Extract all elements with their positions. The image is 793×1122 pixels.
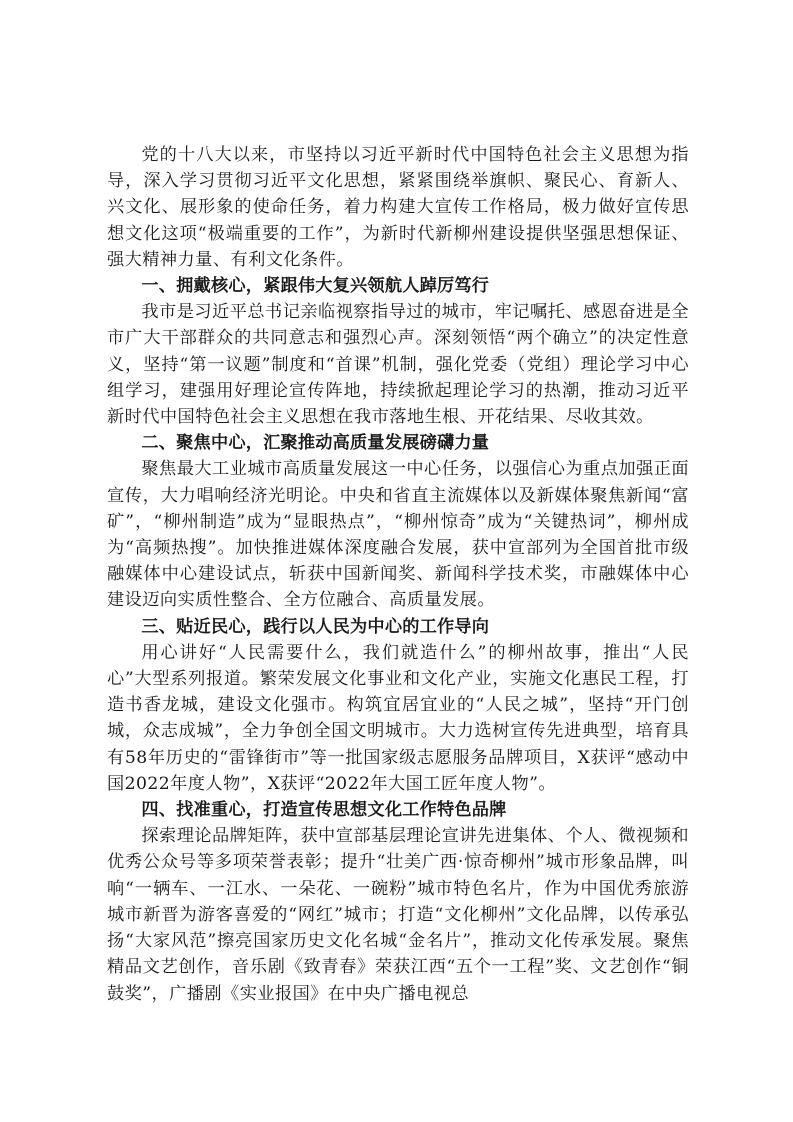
section-heading-3: 三、贴近民心，践行以人民为中心的工作导向 [107,614,689,640]
intro-paragraph: 党的十八大以来，市坚持以习近平新时代中国特色社会主义思想为指导，深入学习贯彻习近… [107,142,689,273]
section-heading-1: 一、拥戴核心，紧跟伟大复兴领航人踔厉笃行 [107,273,689,299]
section-heading-2: 二、聚焦中心，汇聚推动高质量发展磅礴力量 [107,430,689,456]
section-body-3: 用心讲好“人民需要什么，我们就造什么”的柳州故事，推出“人民心”大型系列报道。繁… [107,640,689,797]
section-body-4: 探索理论品牌矩阵，获中宣部基层理论宣讲先进集体、个人、微视频和优秀公众号等多项荣… [107,823,689,1006]
section-body-1: 我市是习近平总书记亲临视察指导过的城市，牢记嘱托、感恩奋进是全市广大干部群众的共… [107,299,689,430]
section-heading-4: 四、找准重心，打造宣传思想文化工作特色品牌 [107,797,689,823]
document-page: 党的十八大以来，市坚持以习近平新时代中国特色社会主义思想为指导，深入学习贯彻习近… [107,142,689,1007]
section-body-2: 聚焦最大工业城市高质量发展这一中心任务，以强信心为重点加强正面宣传，大力唱响经济… [107,456,689,613]
